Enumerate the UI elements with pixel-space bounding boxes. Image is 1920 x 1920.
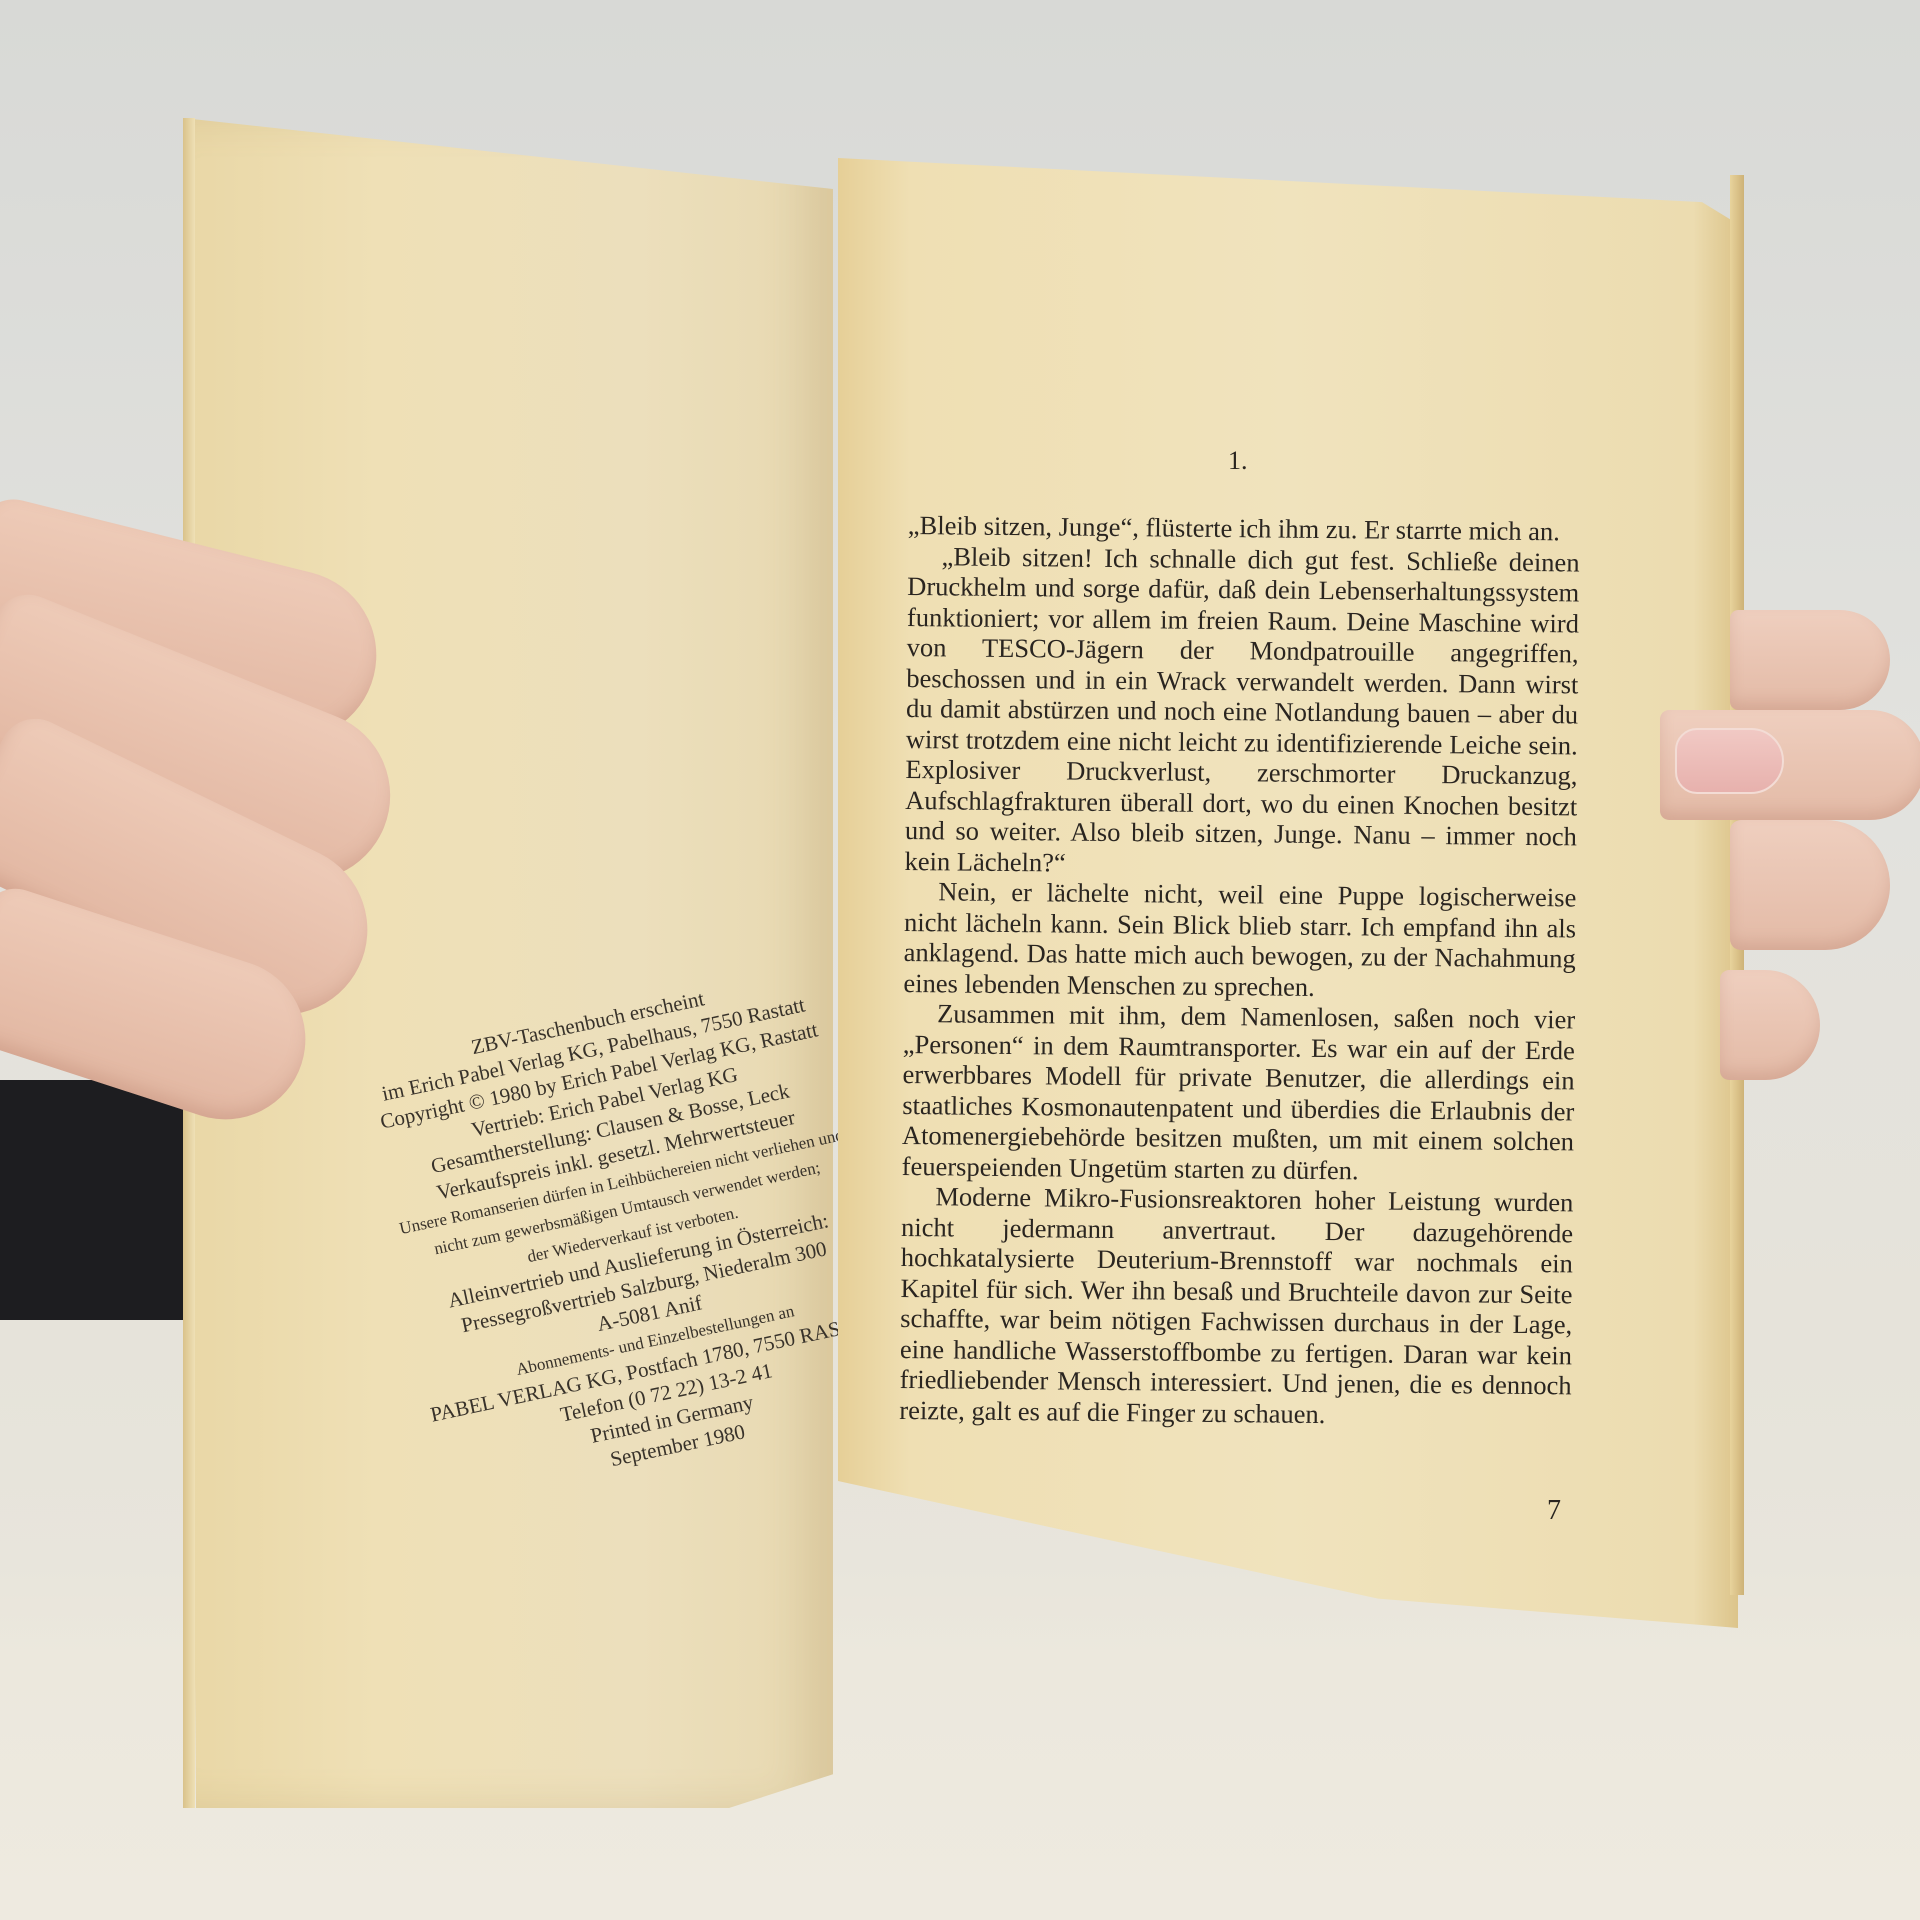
photo-scene: ZBV-Taschenbuch erscheint im Erich Pabel…	[0, 0, 1920, 1920]
paragraph: Nein, er lächelte nicht, weil eine Puppe…	[903, 876, 1576, 1004]
left-hand	[0, 540, 440, 1340]
paragraph: Moderne Mikro-Fusionsreaktoren hoher Lei…	[899, 1181, 1573, 1431]
right-finger	[1730, 610, 1890, 710]
thumbnail	[1675, 728, 1784, 794]
chapter-number: 1.	[1228, 446, 1248, 476]
page-number: 7	[1547, 1495, 1561, 1527]
right-finger	[1720, 970, 1820, 1080]
right-finger	[1730, 820, 1890, 950]
paragraph: „Bleib sitzen! Ich schnalle dich gut fes…	[904, 540, 1579, 882]
right-hand	[1730, 600, 1920, 1300]
body-text: „Bleib sitzen, Junge“, flüsterte ich ihm…	[899, 510, 1580, 1431]
paragraph: Zusammen mit ihm, dem Namenlosen, saßen …	[902, 998, 1576, 1187]
